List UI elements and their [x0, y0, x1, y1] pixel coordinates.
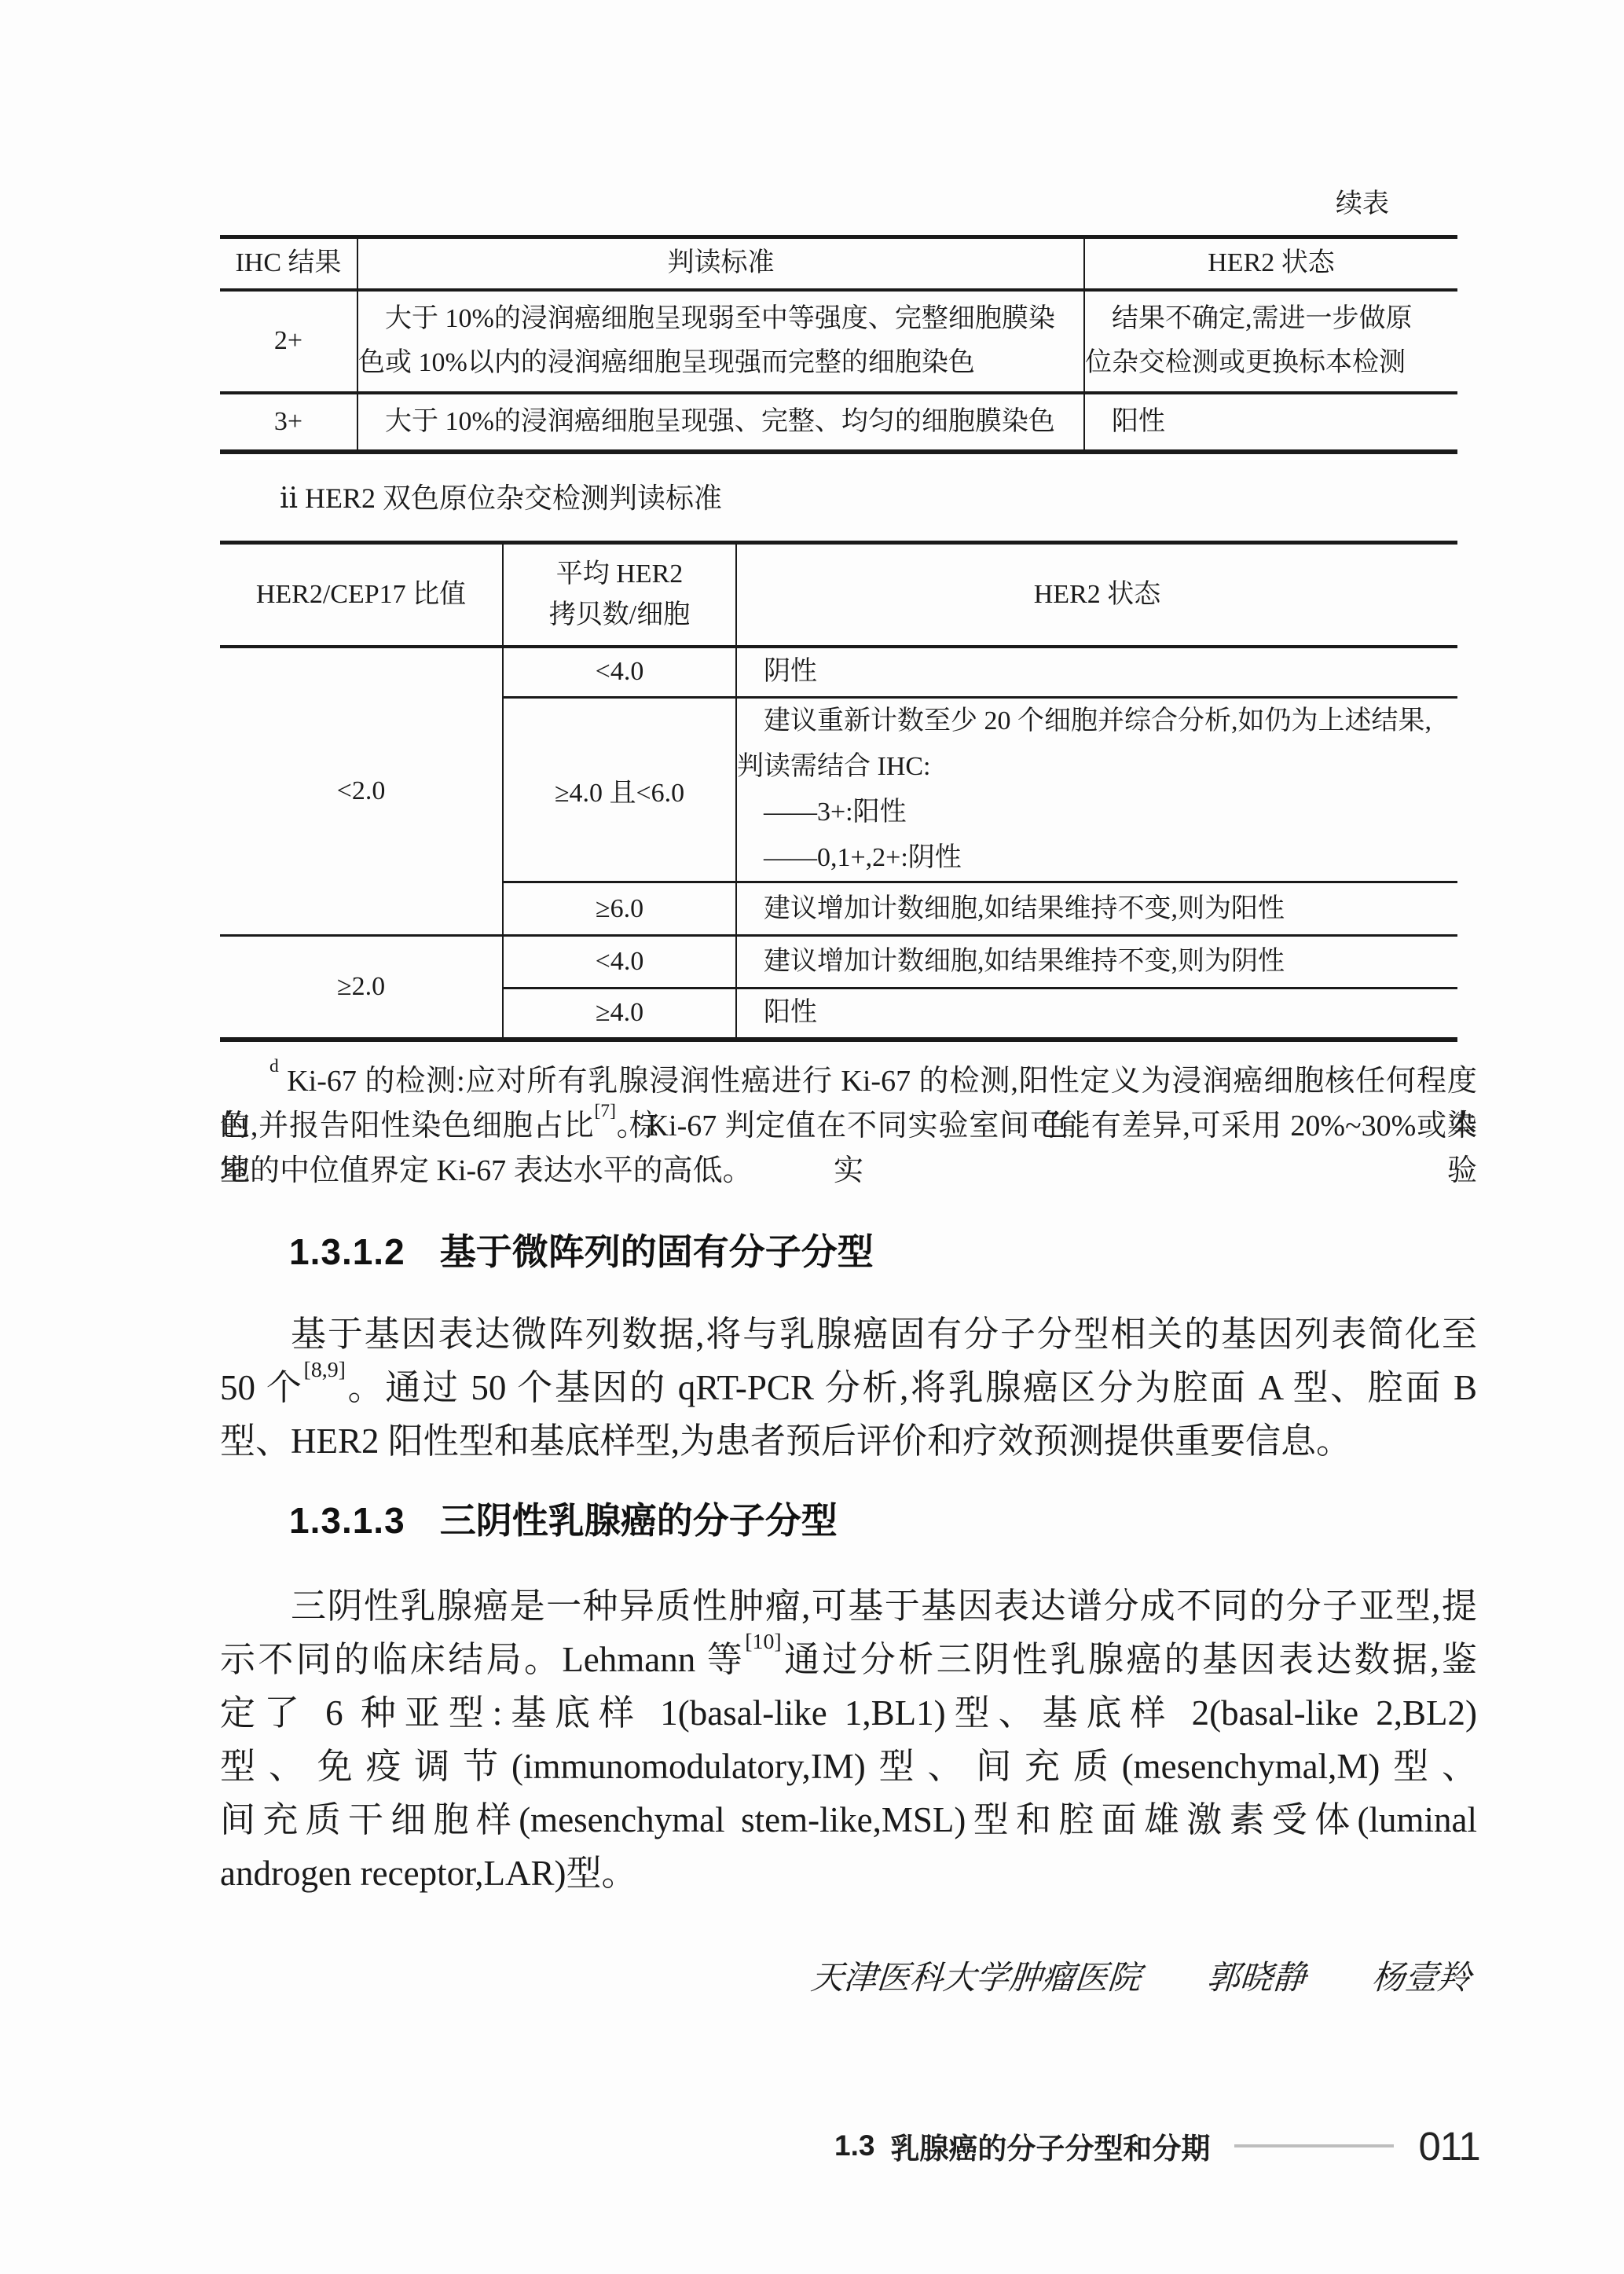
section-title: 基于微阵列的固有分子分型 — [440, 1231, 874, 1272]
footer-section-title: 乳腺癌的分子分型和分期 — [890, 2125, 1210, 2167]
ish-status-add-count-neg: 建议增加计数细胞,如结果维持不变,则为阴性 — [736, 936, 1457, 988]
ish-copies-ge4: ≥4.0 — [503, 988, 736, 1040]
ish-criteria-label: ⅱ HER2 双色原位杂交检测判读标准 — [280, 481, 722, 515]
paragraph-line: 间充质干细胞样(mesenchymal stem-like,MSL)型和腔面雄激… — [220, 1793, 1477, 1847]
footnote-line: d Ki-67 的检测:应对所有乳腺浸润性癌进行 Ki-67 的检测,阳性定义为… — [220, 1059, 1477, 1104]
section-heading-1312: 1.3.1.2基于微阵列的固有分子分型 — [289, 1232, 874, 1271]
ish-copies-ge6: ≥6.0 — [503, 882, 736, 936]
footer-section-number: 1.3 — [834, 2129, 874, 2162]
ish-copies-4to6: ≥4.0 且<6.0 — [503, 698, 736, 882]
ihc-header-criteria: 判读标准 — [357, 237, 1084, 290]
ihc-criteria-3plus: 大于 10%的浸润癌细胞呈现强、完整、均匀的细胞膜染色 — [357, 393, 1084, 452]
ish-copies-lt4b: <4.0 — [503, 936, 736, 988]
book-page: 续表 IHC 结果 判读标准 HER2 状态 2+ 大于 10%的浸润癌细胞呈现… — [0, 0, 1624, 2274]
section-title: 三阴性乳腺癌的分子分型 — [440, 1500, 838, 1541]
ish-status-negative: 阴性 — [736, 647, 1457, 698]
ihc-row-2plus: 2+ 大于 10%的浸润癌细胞呈现弱至中等强度、完整细胞膜染 色或 10%以内的… — [220, 290, 1457, 393]
author-attribution: 天津医科大学肿瘤医院 郭晓静 杨壹羚 — [218, 1958, 1472, 1999]
paragraph-line: 定了 6 种亚型:基底样 1(basal-like 1,BL1)型、基底样 2(… — [220, 1686, 1477, 1740]
footnote-line: 色,并报告阳性染色细胞占比[7]。Ki-67 判定值在不同实验室间可能有差异,可… — [220, 1104, 1477, 1149]
ish-ratio-lt2: <2.0 — [220, 647, 503, 936]
paragraph-line: 示不同的临床结局。Lehmann 等[10]通过分析三阴性乳腺癌的基因表达数据,… — [220, 1633, 1477, 1686]
ish-status-recount: 建议重新计数至少 20 个细胞并综合分析,如仍为上述结果, 判读需结合 IHC:… — [736, 698, 1457, 882]
ish-row-ge2-lt4: ≥2.0 <4.0 建议增加计数细胞,如结果维持不变,则为阴性 — [220, 936, 1457, 988]
ish-header-ratio: HER2/CEP17 比值 — [220, 543, 503, 647]
section-number: 1.3.1.3 — [289, 1500, 405, 1541]
paragraph-microarray: 基于基因表达微阵列数据,将与乳腺癌固有分子分型相关的基因列表简化至 50 个[8… — [220, 1308, 1477, 1468]
footer-page-number: 011 — [1418, 2123, 1479, 2169]
continued-table-label: 续表 — [1336, 189, 1389, 220]
ki67-footnote: d Ki-67 的检测:应对所有乳腺浸润性癌进行 Ki-67 的检测,阳性定义为… — [220, 1059, 1477, 1194]
paragraph-line: androgen receptor,LAR)型。 — [220, 1847, 1477, 1900]
ihc-result-2plus: 2+ — [220, 290, 357, 393]
ihc-header-status: HER2 状态 — [1084, 237, 1457, 290]
paragraph-tnbc: 三阴性乳腺癌是一种异质性肿瘤,可基于基因表达谱分成不同的分子亚型,提 示不同的临… — [220, 1579, 1477, 1900]
page-footer: 1.3 乳腺癌的分子分型和分期 011 — [834, 2122, 1480, 2170]
ihc-table-header-row: IHC 结果 判读标准 HER2 状态 — [220, 237, 1457, 290]
section-number: 1.3.1.2 — [289, 1231, 405, 1272]
ihc-result-3plus: 3+ — [220, 393, 357, 452]
footer-divider-line — [1234, 2144, 1394, 2147]
ish-copies-lt4: <4.0 — [503, 647, 736, 698]
section-heading-1313: 1.3.1.3三阴性乳腺癌的分子分型 — [289, 1501, 838, 1540]
paragraph-line: 型、免疫调节(immunomodulatory,IM)型、间充质(mesench… — [220, 1740, 1477, 1793]
ish-row-lt4: <2.0 <4.0 阴性 — [220, 647, 1457, 698]
paragraph-line: 型、HER2 阳性型和基底样型,为患者预后评价和疗效预测提供重要信息。 — [220, 1414, 1477, 1468]
paragraph-line: 基于基因表达微阵列数据,将与乳腺癌固有分子分型相关的基因列表简化至 — [220, 1308, 1477, 1361]
ihc-row-3plus: 3+ 大于 10%的浸润癌细胞呈现强、完整、均匀的细胞膜染色 阳性 — [220, 393, 1457, 452]
ish-status-add-count-pos: 建议增加计数细胞,如结果维持不变,则为阳性 — [736, 882, 1457, 936]
ish-header-copies: 平均 HER2 拷贝数/细胞 — [503, 543, 736, 647]
ish-status-positive: 阳性 — [736, 988, 1457, 1040]
ish-table-header-row: HER2/CEP17 比值 平均 HER2 拷贝数/细胞 HER2 状态 — [220, 543, 1457, 647]
paragraph-line: 三阴性乳腺癌是一种异质性肿瘤,可基于基因表达谱分成不同的分子亚型,提 — [220, 1579, 1477, 1633]
ish-header-status: HER2 状态 — [736, 543, 1457, 647]
paragraph-line: 50 个[8,9]。通过 50 个基因的 qRT-PCR 分析,将乳腺癌区分为腔… — [220, 1361, 1477, 1414]
ihc-interpretation-table: IHC 结果 判读标准 HER2 状态 2+ 大于 10%的浸润癌细胞呈现弱至中… — [220, 235, 1457, 454]
ish-interpretation-table: HER2/CEP17 比值 平均 HER2 拷贝数/细胞 HER2 状态 <2.… — [220, 541, 1457, 1042]
ish-ratio-ge2: ≥2.0 — [220, 936, 503, 1040]
ihc-header-result: IHC 结果 — [220, 237, 357, 290]
ihc-status-3plus: 阳性 — [1084, 393, 1457, 452]
ihc-status-2plus: 结果不确定,需进一步做原 位杂交检测或更换标本检测 — [1084, 290, 1457, 393]
ihc-criteria-2plus: 大于 10%的浸润癌细胞呈现弱至中等强度、完整细胞膜染 色或 10%以内的浸润癌… — [357, 290, 1084, 393]
